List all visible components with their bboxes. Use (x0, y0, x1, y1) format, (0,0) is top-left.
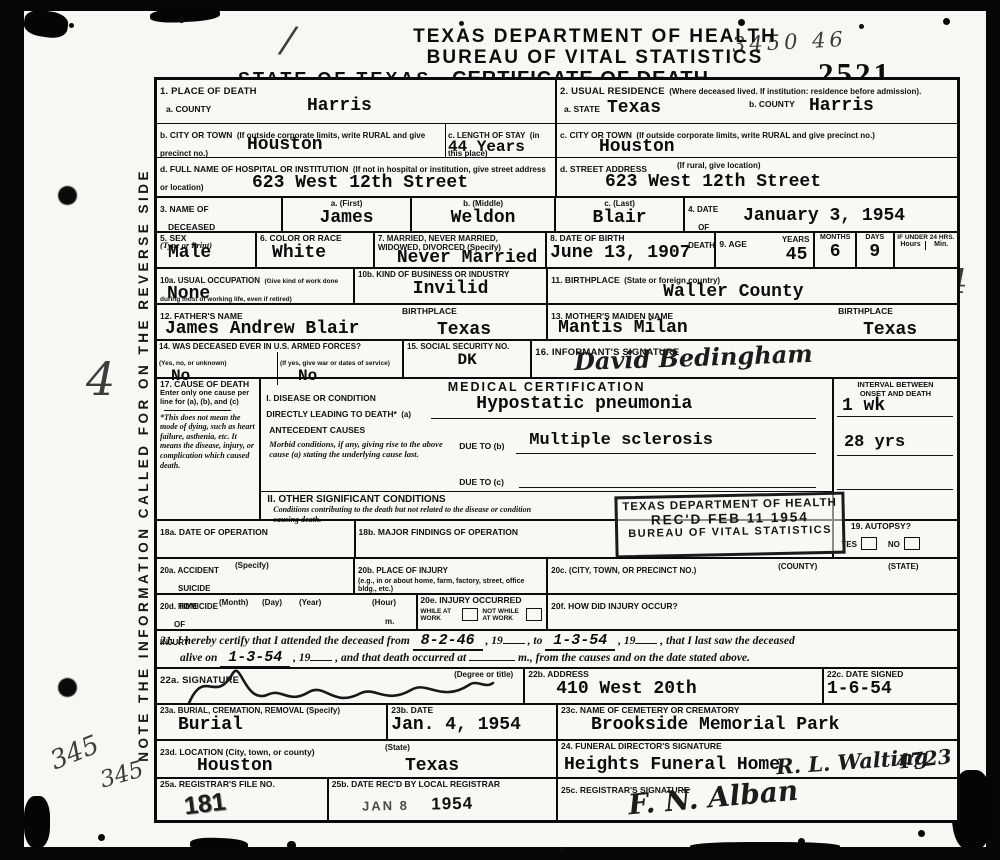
autopsy-cell: 19. AUTOPSY? YES NO (832, 521, 957, 557)
disease-condition-a-tag: (a) (401, 410, 411, 419)
date-of-birth-cell: 8. DATE OF BIRTH June 13, 1907 (545, 233, 714, 267)
date-of-death-label-1: 4. DATE (688, 205, 718, 214)
burial-location-state-label: (State) (385, 743, 410, 752)
cause-of-death-note-1: Enter only one cause per line for (a), (… (160, 389, 256, 406)
certify-p6: alive on (180, 652, 217, 664)
scan-specks (40, 20, 43, 23)
burial-label: 23a. BURIAL, CREMATION, REMOVAL (Specify… (160, 706, 383, 715)
burial-date-value: Jan. 4, 1954 (391, 715, 553, 735)
first-name-label: a. (First) (286, 199, 407, 208)
date-of-death-value: January 3, 1954 (743, 206, 905, 226)
age-months-cell: MONTHS 6 (813, 233, 855, 267)
month-label: (Month) (219, 598, 248, 607)
row-occupation: 10a. USUAL OCCUPATION (Give kind of work… (157, 267, 957, 303)
registrar-signature-value: F. N. Alban (627, 774, 800, 822)
while-at-work-checkbox (462, 608, 478, 621)
row-physician: 22a. SIGNATURE (Degree or title) 22b. AD… (157, 667, 957, 703)
injury-occurred-cell: 20e. INJURY OCCURRED WHILE AT WORK NOT W… (416, 595, 546, 629)
disease-condition-label-1: I. DISEASE OR CONDITION (266, 394, 426, 404)
cause-b-line (516, 453, 816, 454)
header-bureau: BUREAU OF VITAL STATISTICS (410, 47, 780, 69)
received-date-stamp: TEXAS DEPARTMENT OF HEALTH REC'D FEB 11 … (614, 492, 845, 559)
time-of-injury-label-2: OF (174, 620, 185, 629)
birthplace-value: Waller County (663, 282, 803, 302)
armed-forces-label: 14. WAS DECEASED EVER IN U.S. ARMED FORC… (157, 341, 402, 352)
burial-date-label: 23b. DATE (391, 706, 553, 715)
place-of-death-label: 1. PLACE OF DEATH (160, 86, 257, 97)
interval-a-value: 1 wk (842, 396, 885, 416)
middle-name-cell: b. (Middle) Weldon (410, 198, 554, 231)
date-signed-value: 1-6-54 (827, 679, 954, 699)
punch-hole (58, 678, 77, 697)
burial-cell: 23a. BURIAL, CREMATION, REMOVAL (Specify… (157, 705, 386, 739)
mother-birthplace-value: Texas (863, 320, 917, 340)
last-name-label: c. (Last) (559, 199, 680, 208)
informant-signature-cell: 16. INFORMANT'S SIGNATURE David Bedingha… (530, 341, 957, 377)
residence-state-label: a. STATE (564, 104, 600, 114)
while-at-work-label: WHILE AT WORK (420, 608, 462, 623)
interval-line-2 (837, 455, 953, 456)
registrar-file-no-cell: 25a. REGISTRAR'S FILE NO. 181 (157, 779, 327, 823)
row-registrar: 25a. REGISTRAR'S FILE NO. 181 25b. DATE … (157, 777, 957, 823)
age-hours-label: Hours (896, 241, 927, 249)
cemetery-label: 23c. NAME OF CEMETERY OR CREMATORY (561, 706, 954, 715)
interval-b-value: 28 yrs (844, 433, 905, 452)
birthplace-cell: 11. BIRTHPLACE (State or foreign country… (546, 269, 957, 303)
mother-birthplace-label: BIRTHPLACE (838, 307, 893, 316)
not-while-at-work-label: NOT WHILE AT WORK (482, 608, 526, 623)
scan-blob (190, 837, 248, 853)
industry-cell: 10b. KIND OF BUSINESS OR INDUSTRY Invili… (353, 269, 546, 303)
interval-line-1 (837, 416, 953, 417)
row-injury-time: 20d. TIME (Month) (Day) (Year) (Hour) OF… (157, 593, 957, 629)
date-of-operation-cell: 18a. DATE OF OPERATION (157, 521, 354, 557)
sex-label: 5. SEX (160, 234, 252, 243)
residence-city-value: Houston (599, 137, 675, 157)
age-under-24-cell: IF UNDER 24 HRS. Hours Min. (893, 233, 957, 267)
how-injury-occurred-cell: 20f. HOW DID INJURY OCCUR? (546, 595, 957, 629)
race-cell: 6. COLOR OR RACE White (255, 233, 373, 267)
how-injury-occurred-label: 20f. HOW DID INJURY OCCUR? (551, 601, 678, 611)
registrar-signature-cell: 25c. REGISTRAR'S SIGNATURE F. N. Alban (556, 779, 957, 823)
disease-condition-label-2: DIRECTLY LEADING TO DEATH* (266, 409, 397, 419)
father-birthplace-label: BIRTHPLACE (402, 307, 457, 316)
mother-name-cell: 13. MOTHER'S MAIDEN NAME BIRTHPLACE Mant… (546, 305, 957, 339)
antecedent-causes-note: Morbid conditions, if any, giving rise t… (269, 439, 449, 459)
hour-label: (Hour) (372, 598, 396, 607)
scan-blob (24, 796, 50, 848)
day-label: (Day) (262, 598, 282, 607)
burial-location-cell: 23d. LOCATION (City, town, or county) (S… (157, 741, 556, 777)
last-name-value: Blair (559, 208, 680, 228)
industry-label: 10b. KIND OF BUSINESS OR INDUSTRY (358, 270, 543, 279)
last-name-cell: c. (Last) Blair (554, 198, 683, 231)
header-department: TEXAS DEPARTMENT OF HEALTH (410, 26, 780, 48)
date-of-birth-label: 8. DATE OF BIRTH (550, 234, 711, 243)
physician-signature-scrawl (171, 665, 501, 707)
field-place-of-death: 1. PLACE OF DEATH a. COUNTY Harris b. CI… (157, 80, 555, 196)
cause-a-value: Hypostatic pneumonia (476, 394, 692, 414)
medical-certification-title: MEDICAL CERTIFICATION (261, 380, 832, 394)
father-name-cell: 12. FATHER'S NAME BIRTHPLACE James Andre… (157, 305, 546, 339)
ssn-value: DK (407, 351, 527, 369)
age-days-value: 9 (858, 242, 892, 262)
interval-cell: INTERVAL BETWEEN ONSET AND DEATH 1 wk 28… (832, 379, 957, 519)
funeral-home-value: Heights Funeral Home (564, 755, 780, 775)
city-of-death-label: b. CITY OR TOWN (160, 130, 232, 140)
row-name-of-deceased: 3. NAME OF DECEASED (Type or Print) a. (… (157, 196, 957, 231)
certify-p3: , to (528, 635, 543, 647)
cause-c-line (519, 487, 816, 488)
certify-p9: m., from the causes and on the date stat… (518, 652, 750, 664)
certify-statement-cell: 21. I hereby certify that I attended the… (157, 631, 957, 667)
place-of-injury-note: (e.g., in or about home, farm, factory, … (358, 578, 543, 594)
certify-p5: , that I last saw the deceased (660, 635, 795, 647)
major-findings-label: 18b. MAJOR FINDINGS OF OPERATION (359, 527, 518, 537)
ssn-cell: 15. SOCIAL SECURITY NO. DK (402, 341, 530, 377)
father-birthplace-value: Texas (437, 320, 491, 340)
date-signed-cell: 22c. DATE SIGNED 1-6-54 (822, 669, 957, 703)
place-of-injury-cell: 20b. PLACE OF INJURY (e.g., in or about … (353, 559, 546, 593)
cause-a-line (431, 418, 816, 419)
armed-forces-cell: 14. WAS DECEASED EVER IN U.S. ARMED FORC… (157, 341, 402, 377)
injury-location-cell: 20c. (CITY, TOWN, OR PRECINCT NO.) (COUN… (546, 559, 957, 593)
interval-line-3 (837, 489, 953, 490)
name-of-deceased-label-cell: 3. NAME OF DECEASED (Type or Print) (157, 198, 281, 231)
injury-city-label: 20c. (CITY, TOWN, OR PRECINCT NO.) (551, 566, 696, 575)
residence-county-label: b. COUNTY (749, 100, 795, 109)
place-of-injury-label: 20b. PLACE OF INJURY (358, 566, 448, 575)
date-received-cell: 25b. DATE REC'D BY LOCAL REGISTRAR JAN 8… (327, 779, 556, 823)
funeral-director-cell: 24. FUNERAL DIRECTOR'S SIGNATURE Heights… (556, 741, 957, 777)
age-months-label: MONTHS (816, 234, 854, 242)
county-of-death-value: Harris (307, 96, 372, 116)
armed-forces-note-1: (Yes, no, or unknown) (159, 360, 227, 367)
field-usual-residence: 2. USUAL RESIDENCE (Where deceased lived… (555, 80, 957, 196)
burial-location-value: Houston (197, 756, 273, 776)
cause-b-value: Multiple sclerosis (529, 431, 713, 450)
certify-p4: , 19 (618, 635, 635, 647)
age-years-label: YEARS (782, 235, 810, 244)
age-days-label: DAYS (858, 234, 892, 242)
row-place-and-residence: 1. PLACE OF DEATH a. COUNTY Harris b. CI… (157, 80, 957, 196)
first-name-value: James (286, 208, 407, 228)
accident-specify-note: (Specify) (235, 561, 269, 570)
marital-label-1: 7. MARRIED, NEVER MARRIED, (378, 234, 542, 243)
cemetery-cell: 23c. NAME OF CEMETERY OR CREMATORY Brook… (556, 705, 957, 739)
age-years-cell: 9. AGE YEARS 45 (714, 233, 813, 267)
not-while-at-work-checkbox (526, 608, 542, 621)
date-signed-label: 22c. DATE SIGNED (827, 670, 954, 679)
autopsy-label: 19. AUTOPSY? (851, 522, 954, 531)
physician-address-label: 22b. ADDRESS (528, 670, 819, 679)
city-of-death-value: Houston (247, 135, 323, 155)
residence-state-value: Texas (607, 98, 661, 118)
margin-note: NOTE THE INFORMATION CALLED FOR ON THE R… (136, 168, 151, 762)
injury-county-label: (COUNTY) (778, 562, 817, 571)
due-to-c-label: DUE TO (c) (459, 478, 504, 487)
injury-state-label: (STATE) (888, 562, 918, 571)
ssn-label: 15. SOCIAL SECURITY NO. (407, 342, 527, 351)
usual-residence-label: 2. USUAL RESIDENCE (560, 86, 665, 97)
autopsy-yes-checkbox (861, 537, 877, 550)
cemetery-value: Brookside Memorial Park (591, 715, 954, 735)
industry-value: Invilid (358, 279, 543, 299)
usual-occupation-cell: 10a. USUAL OCCUPATION (Give kind of work… (157, 269, 353, 303)
accident-label-1: 20a. ACCIDENT (160, 566, 219, 575)
birthplace-label: 11. BIRTHPLACE (551, 275, 620, 285)
race-label: 6. COLOR OR RACE (260, 234, 370, 243)
sex-value: Male (168, 243, 252, 263)
time-of-injury-label-1: 20d. TIME (160, 602, 197, 611)
attended-to-value: 1-3-54 (545, 632, 615, 651)
armed-forces-note-2: (If yes, give war or dates of service) (280, 360, 390, 367)
age-days-cell: DAYS 9 (855, 233, 893, 267)
burial-value: Burial (178, 715, 383, 735)
attended-from-value: 8-2-46 (413, 632, 483, 651)
street-address-value: 623 West 12th Street (605, 172, 821, 192)
county-label: a. COUNTY (166, 104, 211, 114)
punch-hole (58, 186, 77, 205)
other-significant-conditions-label: II. OTHER SIGNIFICANT CONDITIONS (267, 494, 445, 505)
middle-name-label: b. (Middle) (415, 199, 551, 208)
row-burial: 23a. BURIAL, CREMATION, REMOVAL (Specify… (157, 703, 957, 739)
first-name-cell: a. (First) James (281, 198, 410, 231)
row-demographics: 5. SEX Male 6. COLOR OR RACE White 7. MA… (157, 231, 957, 267)
antecedent-causes-label: ANTECEDENT CAUSES (269, 426, 365, 435)
age-months-value: 6 (816, 242, 854, 262)
cause-of-death-side-cell: 17. CAUSE OF DEATH Enter only one cause … (157, 379, 259, 519)
burial-date-cell: 23b. DATE Jan. 4, 1954 (386, 705, 556, 739)
autopsy-no-checkbox (904, 537, 920, 550)
age-label: 9. AGE (719, 239, 747, 249)
certify-p8: , and that death occurred at (335, 652, 466, 664)
date-of-birth-value: June 13, 1907 (550, 243, 711, 263)
row-armed-forces: 14. WAS DECEASED EVER IN U.S. ARMED FORC… (157, 339, 957, 377)
certificate-form: 1. PLACE OF DEATH a. COUNTY Harris b. CI… (154, 77, 960, 823)
race-value: White (272, 243, 370, 263)
length-of-stay-value: 44 Years (448, 138, 525, 156)
hospital-value: 623 West 12th Street (252, 173, 468, 193)
certify-p7: , 19 (293, 652, 310, 664)
physician-address-value: 410 West 20th (556, 679, 819, 699)
informant-signature-value: David Bedingham (574, 339, 814, 376)
age-min-label: Min. (926, 241, 956, 249)
age-years-value: 45 (786, 245, 808, 265)
physician-signature-cell: 22a. SIGNATURE (Degree or title) (157, 669, 523, 703)
registrar-file-no-label: 25a. REGISTRAR'S FILE NO. (160, 780, 324, 790)
usual-residence-note: (Where deceased lived. If institution: r… (669, 87, 921, 96)
physician-address-cell: 22b. ADDRESS 410 West 20th (523, 669, 822, 703)
certify-p1: 21. I hereby certify that I attended the… (160, 635, 410, 647)
date-of-operation-label: 18a. DATE OF OPERATION (160, 527, 268, 537)
scanned-death-certificate: NOTE THE INFORMATION CALLED FOR ON THE R… (0, 0, 1000, 860)
burial-location-state-value: Texas (405, 756, 459, 776)
funeral-director-number: 4723 (895, 744, 953, 774)
usual-occupation-value: None (167, 284, 210, 304)
cause-of-death-note-2: *This does not mean the mode of dying, s… (160, 413, 256, 471)
autopsy-no-label: NO (888, 540, 900, 549)
certify-p2: , 19 (486, 635, 503, 647)
street-address-note: (If rural, give location) (677, 161, 761, 170)
accident-suicide-homicide-cell: 20a. ACCIDENT (Specify) SUICIDE HOMICIDE (157, 559, 353, 593)
pencil-number-left: 4 (86, 352, 115, 406)
marital-status-cell: 7. MARRIED, NEVER MARRIED, WIDOWED, DIVO… (373, 233, 545, 267)
date-received-stamp-year: 1954 (431, 793, 473, 813)
accident-label-2: SUICIDE (178, 584, 210, 593)
date-received-stamp-month: JAN 8 (362, 798, 409, 814)
year-label: (Year) (299, 598, 321, 607)
name-label-1: 3. NAME OF (160, 204, 209, 214)
due-to-b-label: DUE TO (b) (459, 442, 504, 451)
age-under-24-label: IF UNDER 24 HRS. (896, 234, 956, 241)
row-injury-type: 20a. ACCIDENT (Specify) SUICIDE HOMICIDE… (157, 557, 957, 593)
meridiem-label: m. (385, 617, 394, 626)
residence-county-value: Harris (809, 96, 874, 116)
middle-name-value: Weldon (415, 208, 551, 228)
registrar-file-no-value: 181 (182, 787, 227, 821)
sex-cell: 5. SEX Male (157, 233, 255, 267)
row-funeral-director: 23d. LOCATION (City, town, or county) (S… (157, 739, 957, 777)
date-of-death-cell: 4. DATE OF DEATH January 3, 1954 (683, 198, 957, 231)
scan-blob (690, 842, 840, 852)
time-of-injury-cell: 20d. TIME (Month) (Day) (Year) (Hour) OF… (157, 595, 416, 629)
row-parents: 12. FATHER'S NAME BIRTHPLACE James Andre… (157, 303, 957, 339)
row-certify-statement: 21. I hereby certify that I attended the… (157, 629, 957, 667)
date-received-label: 25b. DATE REC'D BY LOCAL REGISTRAR (332, 780, 553, 790)
mother-name-value: Mantis Milan (558, 318, 688, 338)
father-name-value: James Andrew Blair (165, 319, 359, 339)
injury-occurred-label: 20e. INJURY OCCURRED (420, 596, 544, 606)
marital-value: Never Married (397, 248, 537, 268)
